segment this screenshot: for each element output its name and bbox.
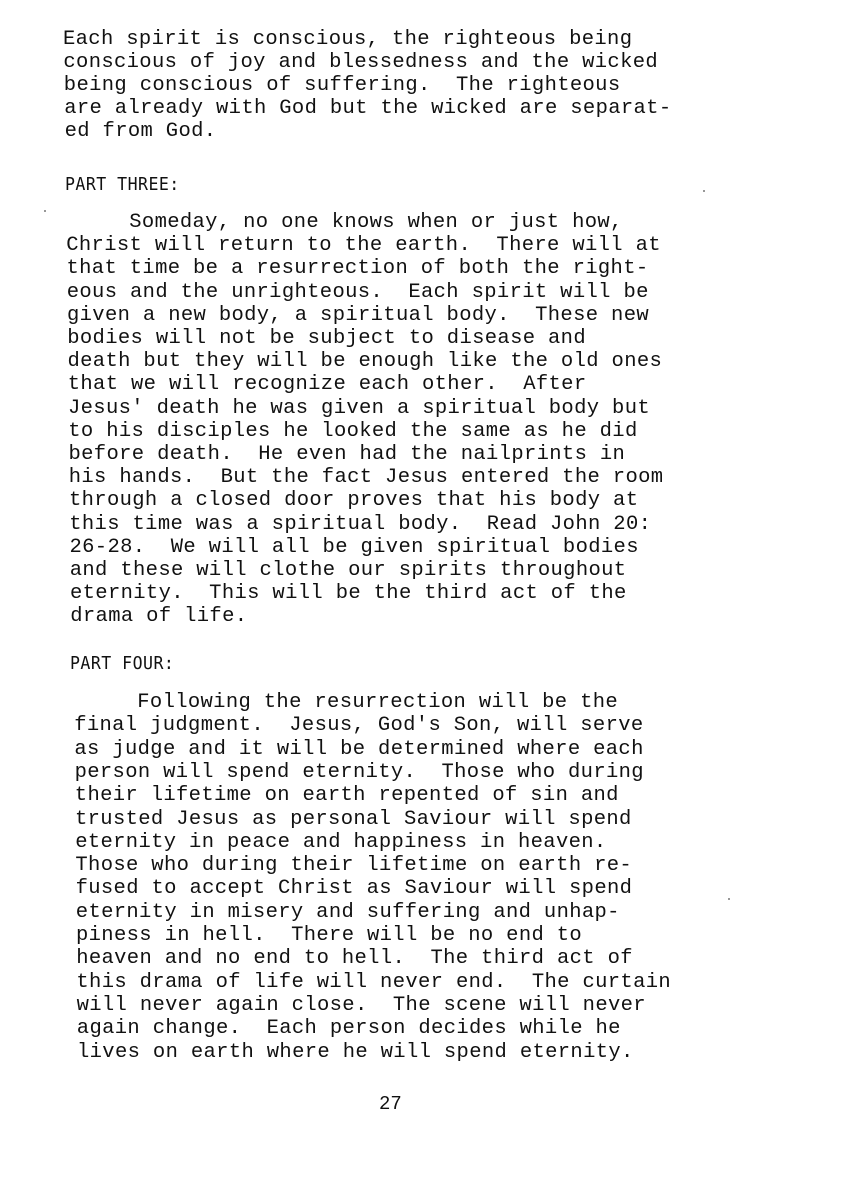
text-line: being conscious of suffering. The righte…: [64, 74, 621, 97]
text-line: person will spend eternity. Those who du…: [75, 761, 644, 784]
text-line: bodies will not be subject to disease an…: [67, 327, 586, 350]
text-line: final judgment. Jesus, God's Son, will s…: [74, 714, 643, 737]
text-line: and these will clothe our spirits throug…: [70, 559, 627, 582]
text-line: death but they will be enough like the o…: [68, 350, 663, 373]
text-line: ed from God.: [65, 120, 217, 143]
text-line: through a closed door proves that his bo…: [69, 489, 638, 512]
text-line: conscious of joy and blessedness and the…: [63, 51, 658, 74]
text-line: Someday, no one knows when or just how,: [66, 211, 623, 234]
text-line: before death. He even had the nailprints…: [69, 443, 626, 466]
text-line: this drama of life will never end. The c…: [76, 971, 671, 994]
text-line: lives on earth where he will spend etern…: [77, 1041, 634, 1064]
text-line: drama of life.: [70, 605, 247, 628]
text-line: their lifetime on earth repented of sin …: [75, 784, 619, 807]
part-four-heading: PART FOUR:: [70, 652, 174, 675]
text-line: eternity in peace and happiness in heave…: [75, 831, 606, 854]
text-line: eternity in misery and suffering and unh…: [76, 901, 620, 924]
text-line: to his disciples he looked the same as h…: [68, 420, 637, 443]
text-line: eous and the unrighteous. Each spirit wi…: [67, 281, 649, 304]
text-line: his hands. But the fact Jesus entered th…: [69, 466, 664, 489]
text-line: Each spirit is conscious, the righteous …: [63, 28, 632, 51]
text-line: that time be a resurrection of both the …: [67, 257, 649, 280]
text-line: piness in hell. There will be no end to: [76, 924, 582, 947]
page-number: 27: [379, 1093, 402, 1115]
text-line: Those who during their lifetime on earth…: [75, 854, 632, 877]
text-line: eternity. This will be the third act of …: [70, 582, 627, 605]
text-line: heaven and no end to hell. The third act…: [76, 947, 633, 970]
text-line: fused to accept Christ as Saviour will s…: [76, 877, 633, 900]
text-line: will never again close. The scene will n…: [77, 994, 646, 1017]
text-line: Jesus' death he was given a spiritual bo…: [68, 397, 650, 420]
scan-speck: [703, 190, 705, 192]
text-line: this time was a spiritual body. Read Joh…: [69, 513, 651, 536]
text-line: are already with God but the wicked are …: [64, 97, 671, 120]
text-line: as judge and it will be determined where…: [74, 738, 643, 761]
text-line: Christ will return to the earth. There w…: [66, 234, 661, 257]
part-three-heading: PART THREE:: [65, 173, 180, 196]
document-page: Each spirit is conscious, the righteous …: [0, 0, 854, 1199]
text-line: given a new body, a spiritual body. Thes…: [67, 304, 649, 327]
text-line: again change. Each person decides while …: [77, 1017, 621, 1040]
scan-speck: [44, 210, 46, 212]
text-line: Following the resurrection will be the: [74, 691, 618, 714]
scan-speck: [728, 898, 730, 900]
text-line: 26-28. We will all be given spiritual bo…: [70, 536, 639, 559]
text-line: that we will recognize each other. After: [68, 373, 587, 396]
text-line: trusted Jesus as personal Saviour will s…: [75, 808, 632, 831]
